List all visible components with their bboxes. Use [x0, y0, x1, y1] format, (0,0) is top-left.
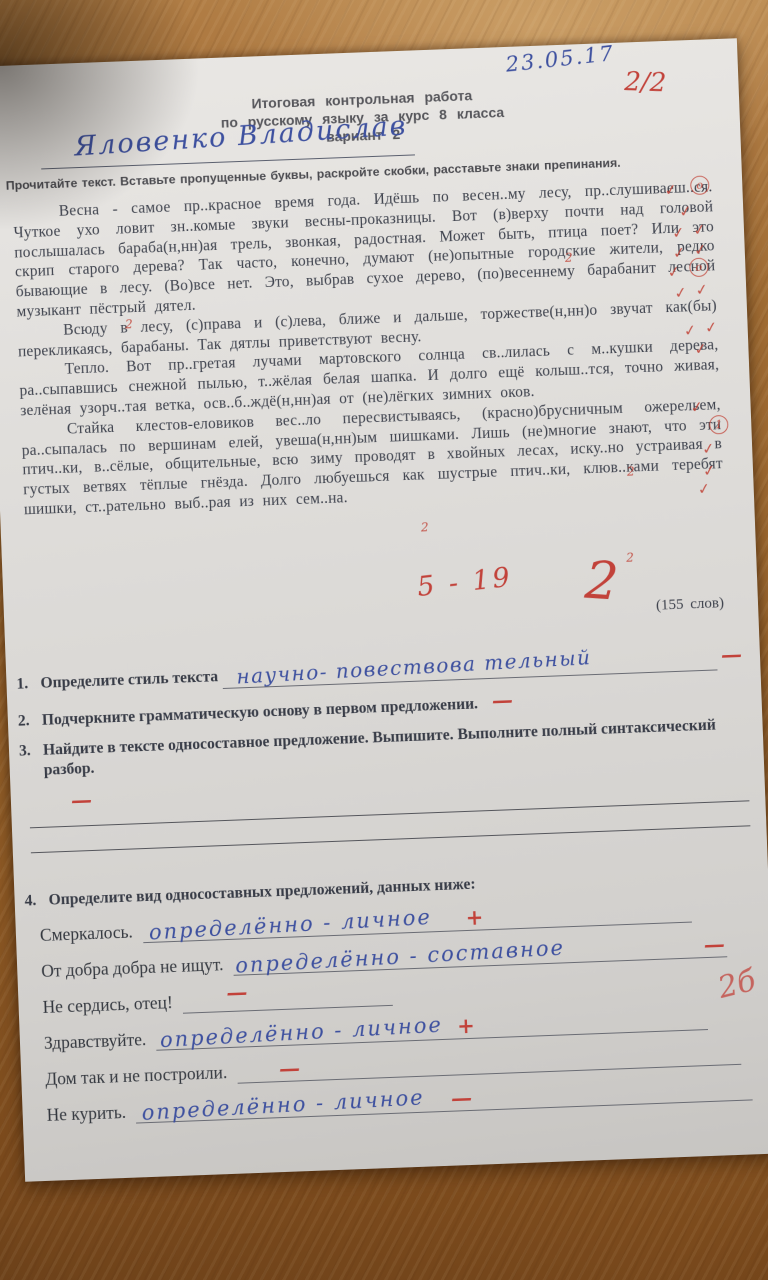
- check-icon: ✓: [663, 180, 680, 200]
- red-minus-icon: —: [451, 1086, 473, 1111]
- check-icon: ✓: [696, 479, 713, 499]
- answer-handwritten: определённо - личное: [148, 905, 432, 945]
- sentence-prompt: От добра добра не ищут.: [41, 952, 224, 983]
- check-icon: ✓: [701, 439, 718, 459]
- question-number: 2.: [18, 711, 43, 732]
- answer-line: —: [237, 1040, 742, 1084]
- handwritten-date: 23.05.17: [504, 41, 615, 77]
- dictation-text: Весна - самое пр..красное время года. Ид…: [12, 177, 723, 520]
- red-sub-two: 2: [626, 550, 634, 564]
- red-minus-icon: —: [70, 787, 92, 813]
- red-plus-icon: +: [465, 905, 483, 930]
- answer-line: определённо - составное —: [233, 932, 727, 976]
- answer-handwritten: определённо - составное: [235, 935, 566, 977]
- photo-of-test-paper: 23.05.17 2/2 Итоговая контрольная работа…: [0, 0, 768, 1280]
- check-icon: ✓: [689, 397, 706, 417]
- sentence-prompt: Дом так и не построили.: [45, 1060, 228, 1091]
- red-sub-two: 2: [565, 251, 573, 265]
- red-minus-icon: —: [279, 1056, 301, 1081]
- grade-mark: 2: [583, 551, 620, 613]
- red-sub-two: 2: [627, 464, 635, 478]
- question-number: 3.: [19, 741, 44, 762]
- word-count: (155 слов): [656, 595, 725, 615]
- red-minus-icon: —: [491, 690, 513, 711]
- check-icon: ✓: [678, 201, 695, 221]
- red-sub-two: 2: [421, 520, 429, 534]
- sentence-prompt: Не курить.: [46, 1100, 126, 1127]
- red-minus-icon: —: [721, 644, 743, 665]
- check-icon: ✓: [693, 339, 710, 359]
- paper-sheet: 23.05.17 2/2 Итоговая контрольная работа…: [0, 38, 768, 1182]
- answer-handwritten: научно- повествова тельный: [236, 647, 592, 686]
- sentence-prompt: Здравствуйте.: [44, 1027, 147, 1055]
- answer-handwritten: определённо - личное: [160, 1013, 444, 1053]
- error-tally: 5 - 19: [416, 562, 515, 603]
- questions-section: 1. Определите стиль текста научно- повес…: [30, 644, 759, 1126]
- red-plus-icon: +: [457, 1014, 475, 1039]
- red-sub-two: 2: [125, 317, 133, 331]
- question-text: Подчеркните грамматическую основу в перв…: [42, 694, 479, 730]
- question-text: Определите стиль текста: [40, 667, 218, 694]
- circled-one-icon: 1: [709, 415, 729, 435]
- question-number: 4.: [24, 891, 49, 912]
- check-icon: ✓: [702, 461, 719, 481]
- sentence-prompt: Не сердись, отец!: [42, 990, 173, 1019]
- red-minus-icon: —: [226, 980, 248, 1005]
- red-minus-icon: —: [703, 932, 725, 957]
- answer-handwritten: определённо - личное: [141, 1085, 425, 1125]
- answer-line: —: [182, 981, 393, 1014]
- answer-line: научно- повествова тельный: [222, 645, 718, 689]
- check-icon: ✓: [666, 262, 683, 282]
- sentence-prompt: Смеркалось.: [40, 920, 134, 947]
- question-number: 1.: [16, 674, 41, 695]
